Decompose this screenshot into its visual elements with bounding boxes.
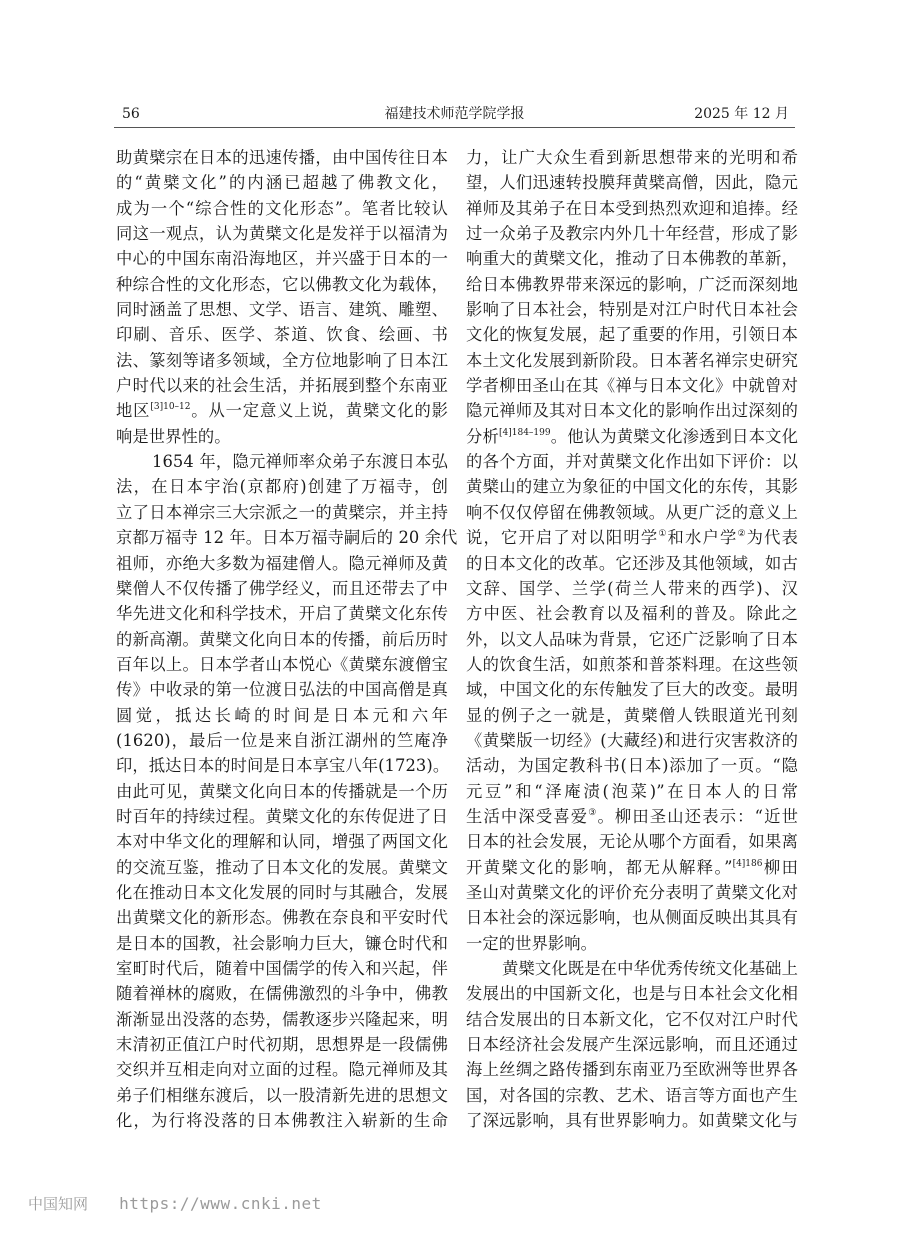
text-line: 力，让广大众生看到新思想带来的光明和希	[466, 145, 798, 170]
footnote-ref[interactable]: ②	[737, 529, 746, 539]
text-line: 日本经济社会发展产生深远影响，而且还通过	[466, 1032, 798, 1057]
text-line: 祖师，亦绝大多数为福建僧人。隐元禅师及黄	[116, 551, 448, 576]
text-line: 黄檗山的建立为象征的中国文化的东传，其影	[466, 474, 798, 499]
text-line: 一定的世界影响。	[466, 931, 798, 956]
text-line: 响是世界性的。	[116, 424, 448, 449]
text-line: 《黄檗版一切经》(大藏经)和进行灾害救济的	[466, 728, 798, 753]
text-line: 圣山对黄檗文化的评价充分表明了黄檗文化对	[466, 880, 798, 905]
text-line: 开黄檗文化的影响，都无从解释。”[4]186柳田	[466, 855, 798, 880]
left-column: 助黄檗宗在日本的迅速传播，由中国传往日本 的“黄檗文化”的内涵已超越了佛教文化，…	[116, 145, 448, 1133]
text-line: 种综合性的文化形态，它以佛教文化为载体，	[116, 272, 448, 297]
text-line: 渐渐显出没落的态势，儒教逐步兴隆起来，明	[116, 1007, 448, 1032]
text-line: 室町时代后，随着中国儒学的传入和兴起，伴	[116, 956, 448, 981]
text-line: 京都万福寺 12 年。日本万福寺嗣后的 20 余代	[116, 525, 448, 550]
text-line: 活动，为国定教科书(日本)添加了一页。“隐	[466, 753, 798, 778]
text-line: 禅师及其弟子在日本受到热烈欢迎和追捧。经	[466, 196, 798, 221]
text-line: 檗僧人不仅传播了佛学经义，而且还带去了中	[116, 576, 448, 601]
text-line: 的日本文化的改革。它还涉及其他领域，如古	[466, 551, 798, 576]
text-line: 人的饮食生活，如煎茶和普茶料理。在这些领	[466, 652, 798, 677]
line-fragment: 。从一定意义上说，黄檗文化的影	[191, 401, 449, 420]
text-line: 望，人们迅速转投膜拜黄檗高僧，因此，隐元	[466, 170, 798, 195]
text-line: 生活中深受喜爱③。柳田圣山还表示：“近世	[466, 804, 798, 829]
text-line: 助黄檗宗在日本的迅速传播，由中国传往日本	[116, 145, 448, 170]
text-line: 分析[4]184–199。他认为黄檗文化渗透到日本文化	[466, 424, 798, 449]
citation-ref[interactable]: [3]10–12	[150, 402, 190, 412]
text-line: 百年以上。日本学者山本悦心《黄檗东渡僧宝	[116, 652, 448, 677]
line-fragment: 开黄檗文化的影响，都无从解释。”	[466, 858, 733, 877]
text-line: 化，为行将没落的日本佛教注入崭新的生命	[116, 1108, 448, 1133]
text-line: 印刷、音乐、医学、茶道、饮食、绘画、书	[116, 322, 448, 347]
paragraph-start-line: 黄檗文化既是在中华优秀传统文化基础上	[466, 956, 798, 981]
text-line: 学者柳田圣山在其《禅与日本文化》中就曾对	[466, 373, 798, 398]
text-line: 域，中国文化的东传触发了巨大的改变。最明	[466, 677, 798, 702]
text-line: 日本的社会发展，无论从哪个方面看，如果离	[466, 829, 798, 854]
text-line: (1620)，最后一位是来自浙江湖州的竺庵净	[116, 728, 448, 753]
text-line: 海上丝绸之路传播到东南亚乃至欧洲等世界各	[466, 1057, 798, 1082]
text-line: 户时代以来的社会生活，并拓展到整个东南亚	[116, 373, 448, 398]
text-line: 的新高潮。黄檗文化向日本的传播，前后历时	[116, 627, 448, 652]
text-line: 法、篆刻等诸多领域，全方位地影响了日本江	[116, 348, 448, 373]
site-url[interactable]: https://www.cnki.net	[119, 1194, 322, 1213]
text-line: 的交流互鉴，推动了日本文化的发展。黄檗文	[116, 855, 448, 880]
text-line: 外，以文人品味为背景，它还广泛影响了日本	[466, 627, 798, 652]
line-fragment: 和水户学	[668, 528, 738, 547]
paragraph-start-line: 1654 年，隐元禅师率众弟子东渡日本弘	[116, 449, 448, 474]
text-line: 交织并互相走向对立面的过程。隐元禅师及其	[116, 1057, 448, 1082]
text-line: 出黄檗文化的新形态。佛教在奈良和平安时代	[116, 905, 448, 930]
text-line: 印，抵达日本的时间是日本享宝八年(1723)。	[116, 753, 448, 778]
header-rule	[114, 127, 795, 128]
text-line: 末清初正值江户时代初期，思想界是一段儒佛	[116, 1032, 448, 1057]
citation-ref[interactable]: [4]186	[733, 859, 763, 869]
journal-title: 福建技术师范学院学报	[114, 104, 795, 124]
text-line: 法，在日本宇治(京都府)创建了万福寺，创	[116, 474, 448, 499]
right-column: 力，让广大众生看到新思想带来的光明和希 望，人们迅速转投膜拜黄檗高僧，因此，隐元…	[466, 145, 798, 1133]
text-line: 过一众弟子及教宗内外几十年经营，形成了影	[466, 221, 798, 246]
text-line: 传》中收录的第一位渡日弘法的中国高僧是真	[116, 677, 448, 702]
text-line: 同时涵盖了思想、文学、语言、建筑、雕塑、	[116, 297, 448, 322]
text-line: 中心的中国东南沿海地区，并兴盛于日本的一	[116, 246, 448, 271]
text-line: 化在推动日本文化发展的同时与其融合，发展	[116, 880, 448, 905]
text-line: 弟子们相继东渡后，以一股清新先进的思想文	[116, 1083, 448, 1108]
line-fragment: 分析	[466, 427, 499, 446]
line-fragment: 地区	[116, 401, 150, 420]
text-line: 影响了日本社会，特别是对江户时代日本社会	[466, 297, 798, 322]
text-line: 由此可见，黄檗文化向日本的传播就是一个历	[116, 779, 448, 804]
text-line: 同这一观点，认为黄檗文化是发祥于以福清为	[116, 221, 448, 246]
text-line: 结合发展出的日本新文化，它不仅对江户时代	[466, 1007, 798, 1032]
text-line: 随着禅林的腐败，在儒佛激烈的斗争中，佛教	[116, 981, 448, 1006]
text-line: 文化的恢复发展，起了重要的作用，引领日本	[466, 322, 798, 347]
site-name: 中国知网	[28, 1195, 88, 1213]
line-fragment: 柳田	[763, 858, 799, 877]
line-fragment: 。柳田圣山还表示：“近世	[597, 807, 798, 826]
text-line: 文辞、国学、兰学(荷兰人带来的西学)、汉	[466, 576, 798, 601]
text-line: 是日本的国教，社会影响力巨大，镰仓时代和	[116, 931, 448, 956]
text-line: 圆觉，抵达长崎的时间是日本元和六年	[116, 703, 448, 728]
line-fragment: 。他认为黄檗文化渗透到日本文化	[551, 427, 798, 446]
text-line: 立了日本禅宗三大宗派之一的黄檗宗，并主持	[116, 500, 448, 525]
text-line: 给日本佛教界带来深远的影响，广泛而深刻地	[466, 272, 798, 297]
text-line: 华先进文化和科学技术，开启了黄檗文化东传	[116, 601, 448, 626]
text-line: 说，它开启了对以阳明学①和水户学②为代表	[466, 525, 798, 550]
text-line: 元豆”和“泽庵渍(泡菜)”在日本人的日常	[466, 779, 798, 804]
line-fragment: 说，它开启了对以阳明学	[466, 528, 658, 547]
text-line: 响重大的黄檗文化，推动了日本佛教的革新，	[466, 246, 798, 271]
citation-ref[interactable]: [4]184–199	[499, 428, 551, 438]
text-line: 日本社会的深远影响，也从侧面反映出其具有	[466, 905, 798, 930]
text-line: 时百年的持续过程。黄檗文化的东传促进了日	[116, 804, 448, 829]
line-fragment: 为代表	[747, 528, 798, 547]
issue-date: 2025 年 12 月	[694, 104, 789, 124]
text-line: 成为一个“综合性的文化形态”。笔者比较认	[116, 196, 448, 221]
line-fragment: 生活中深受喜爱	[466, 807, 588, 826]
text-line: 本对中华文化的理解和认同，增强了两国文化	[116, 829, 448, 854]
text-line: 国，对各国的宗教、艺术、语言等方面也产生	[466, 1083, 798, 1108]
text-line: 响不仅仅停留在佛教领域。从更广泛的意义上	[466, 500, 798, 525]
running-header: 56 福建技术师范学院学报 2025 年 12 月	[114, 104, 795, 126]
text-line: 的各个方面，并对黄檗文化作出如下评价：以	[466, 449, 798, 474]
text-line: 地区[3]10–12。从一定意义上说，黄檗文化的影	[116, 398, 448, 423]
text-line: 发展出的中国新文化，也是与日本社会文化相	[466, 981, 798, 1006]
text-line: 方中医、社会教育以及福利的普及。除此之	[466, 601, 798, 626]
text-line: 显的例子之一就是，黄檗僧人铁眼道光刊刻	[466, 703, 798, 728]
text-line: 隐元禅师及其对日本文化的影响作出过深刻的	[466, 398, 798, 423]
watermark-footer: 中国知网 https://www.cnki.net	[28, 1193, 322, 1217]
footnote-ref[interactable]: ①	[658, 529, 667, 539]
text-line: 的“黄檗文化”的内涵已超越了佛教文化，	[116, 170, 448, 195]
text-line: 本土文化发展到新阶段。日本著名禅宗史研究	[466, 348, 798, 373]
text-line: 了深远影响，具有世界影响力。如黄檗文化与	[466, 1108, 798, 1133]
